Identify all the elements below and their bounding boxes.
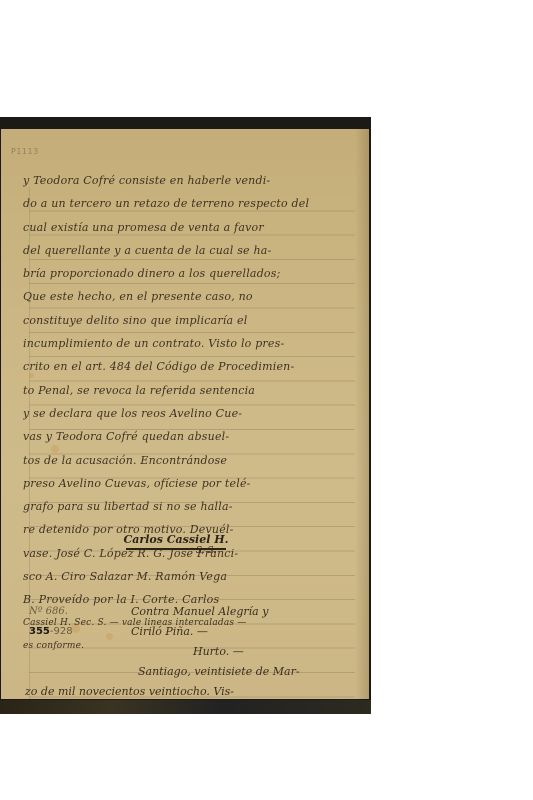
text-line: bría proporcionado dinero a los querella…	[23, 262, 328, 285]
text-line: constituye delito sino que implicaría el	[23, 309, 328, 332]
ledger-page: P1113 y Teodora Cofré consiste en haberl…	[1, 129, 369, 699]
entry-number: Nº 686.	[29, 602, 68, 622]
entry-text: Santiago, veintisiete de Mar-	[138, 662, 300, 682]
archive-reference: 355-928	[29, 622, 73, 642]
entry-parties: Contra Manuel Alegría y	[131, 602, 268, 622]
signature-underline	[126, 548, 226, 550]
text-line: do a un tercero un retazo de terreno res…	[23, 192, 328, 215]
text-line: del querellante y a cuenta de la cual se…	[23, 239, 328, 262]
text-line: to Penal, se revoca la referida sentenci…	[23, 379, 328, 402]
text-line: sco A. Ciro Salazar M. Ramón Vega	[23, 565, 328, 588]
text-line: y Teodora Cofré consiste en haberle vend…	[23, 169, 328, 192]
text-line: preso Avelino Cuevas, ofíciese por telé-	[23, 472, 328, 495]
text-line: grafo para su libertad si no se halla-	[23, 495, 328, 518]
entry-parties: Ciriló Piña. —	[131, 622, 208, 642]
document-scan: P1113 y Teodora Cofré consiste en haberl…	[0, 117, 371, 714]
scan-bottom-edge	[0, 700, 371, 714]
entry-row: Santiago, veintisiete de Mar-	[23, 662, 343, 682]
text-line: vas y Teodora Cofré quedan absuel-	[23, 425, 328, 448]
archive-ref-bold: 355	[29, 626, 50, 637]
text-line: tos de la acusación. Encontrándose	[23, 449, 328, 472]
entry-row: 355-928 Ciriló Piña. —	[23, 622, 343, 642]
entry-row: zo de mil novecientos veintiocho. Vis-	[23, 682, 343, 699]
text-line: incumplimiento de un contrato. Visto lo …	[23, 332, 328, 355]
text-line: Que este hecho, en el presente caso, no	[23, 285, 328, 308]
entry-row: Hurto. —	[23, 642, 343, 662]
folio-stamp: P1113	[11, 147, 39, 156]
entry-subject: Hurto. —	[193, 642, 244, 662]
entry-text: zo de mil novecientos veintiocho. Vis-	[25, 682, 234, 699]
signature-name: Carlos Cassiel H.	[96, 533, 256, 546]
body-text: y Teodora Cofré consiste en haberle vend…	[23, 169, 328, 658]
text-line: y se declara que los reos Avelino Cue-	[23, 402, 328, 425]
text-line: crito en el art. 484 del Código de Proce…	[23, 355, 328, 378]
signature-block: Carlos Cassiel H. S. S.	[96, 533, 256, 556]
archive-ref-rest: -928	[50, 626, 73, 637]
text-line: cual existía una promesa de venta a favo…	[23, 216, 328, 239]
entry-row: Nº 686. Contra Manuel Alegría y	[23, 602, 343, 622]
next-entry: Nº 686. Contra Manuel Alegría y 355-928 …	[23, 602, 343, 699]
